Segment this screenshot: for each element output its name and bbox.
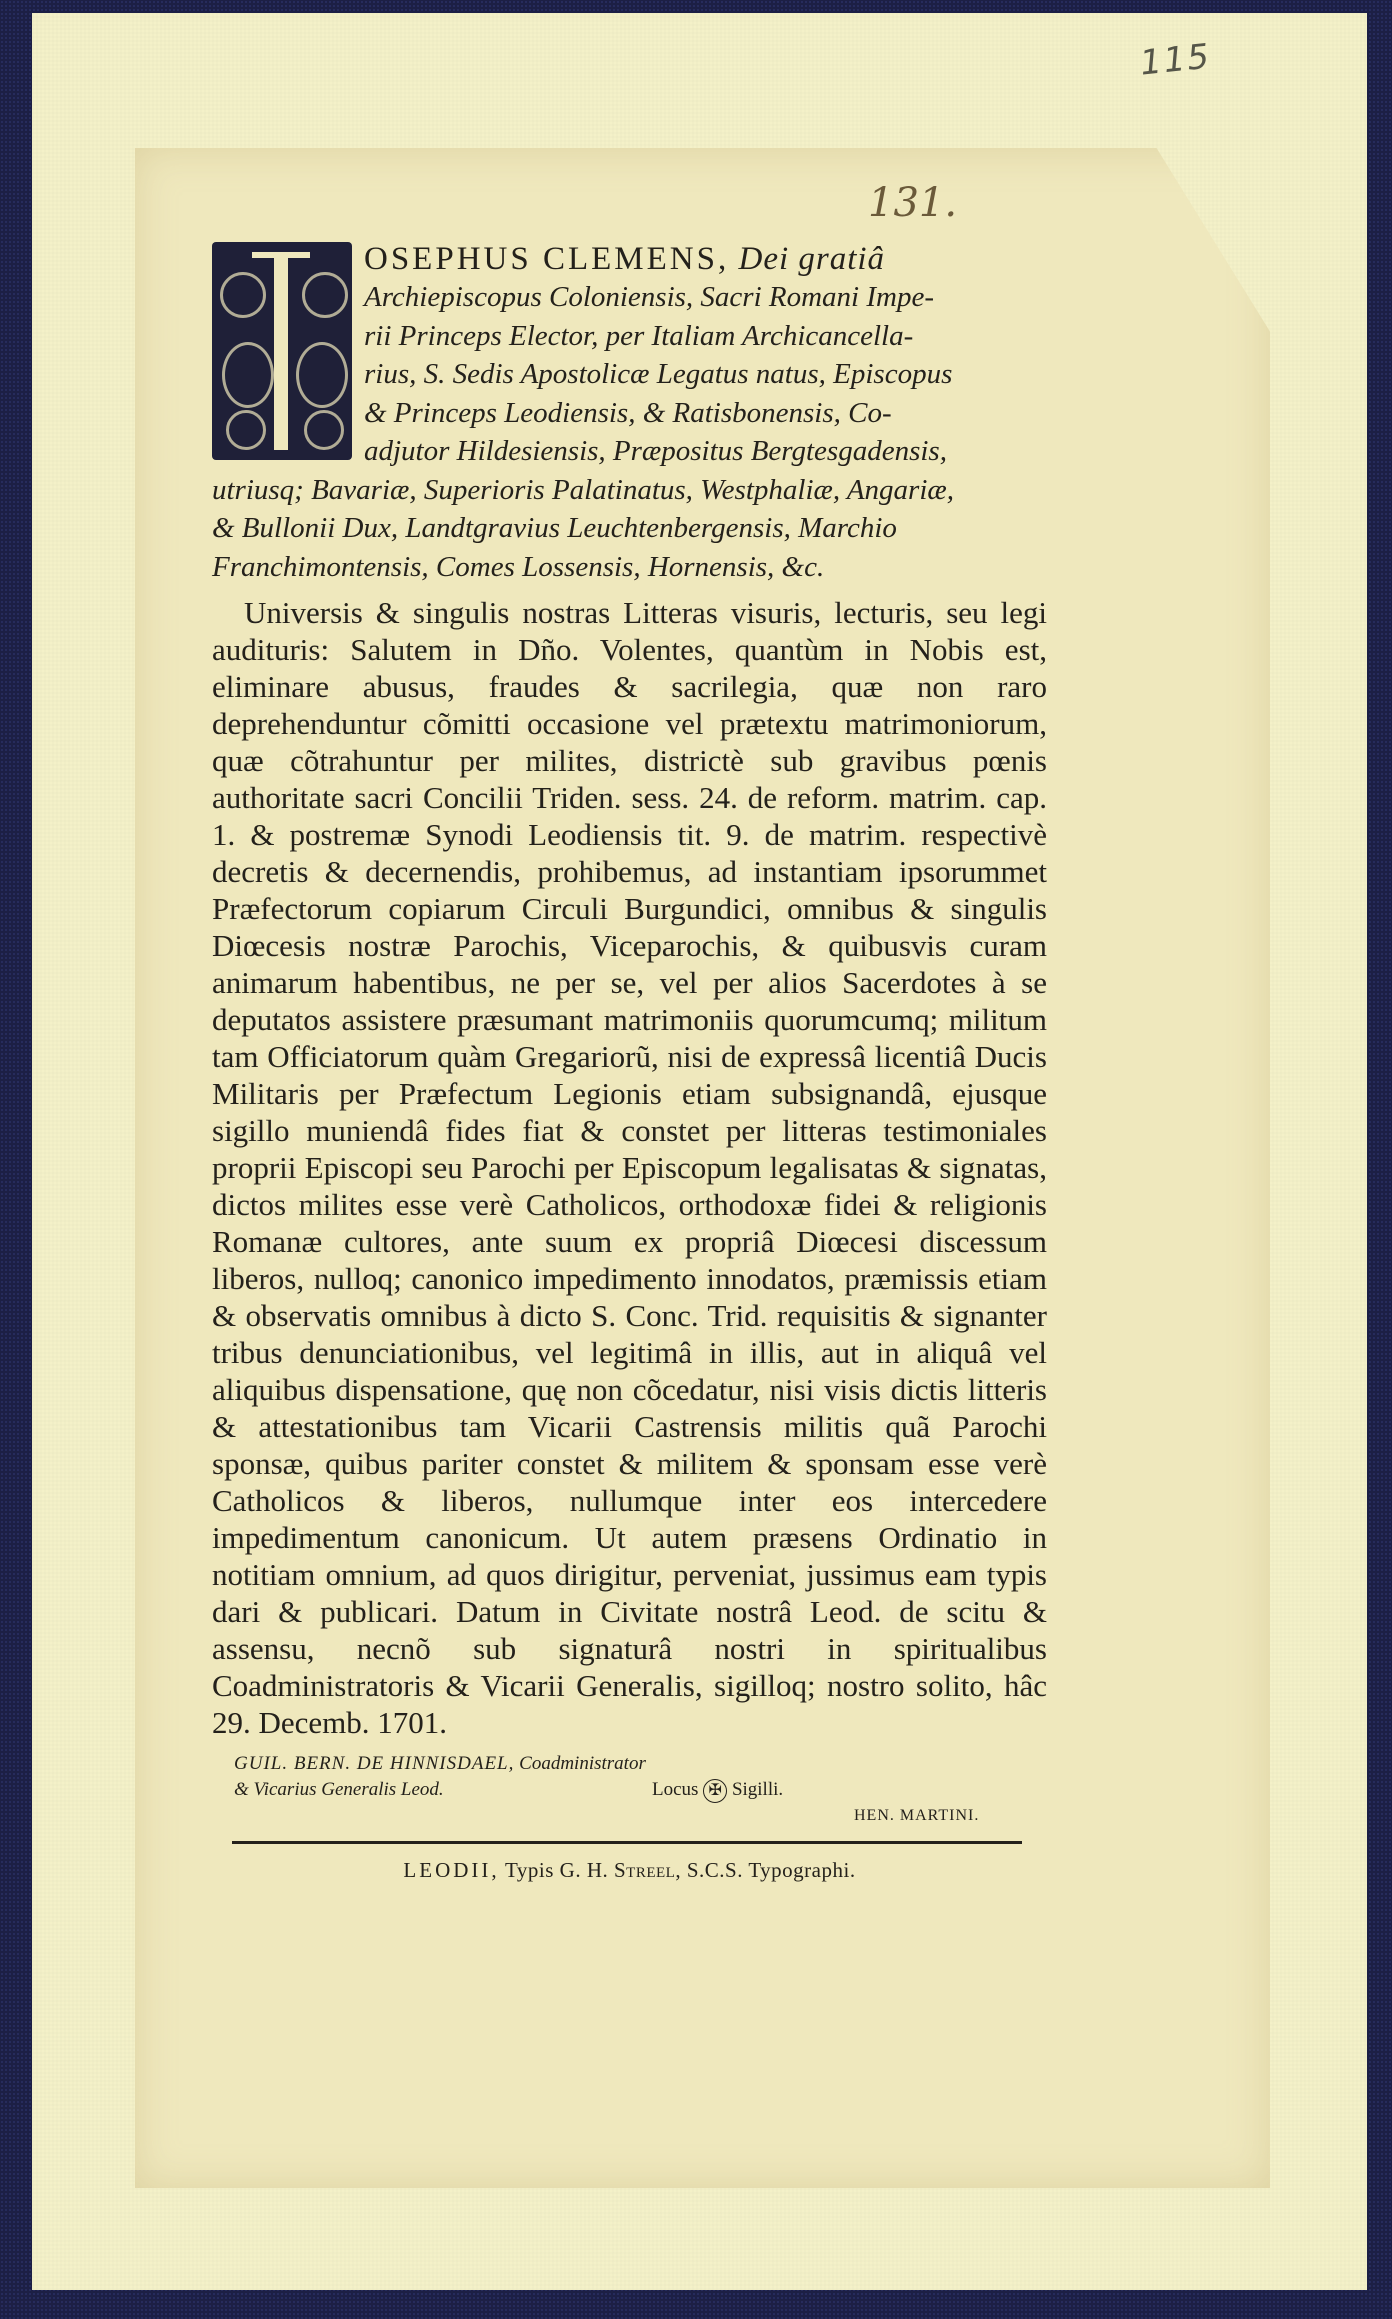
signatory-title: Coadministrator <box>519 1753 646 1774</box>
secretary-signature: HEN. MARTINI. <box>854 1803 979 1829</box>
colophon-printer-prefix: Typis G. H. <box>505 1858 608 1882</box>
header-line: utriusq; Bavariæ, Superioris Palatinatus… <box>212 471 1047 510</box>
ornamental-initial-icon <box>212 242 352 460</box>
cross-seal-icon: ✠ <box>703 1779 727 1803</box>
colophon: LEODII, Typis G. H. Streel, S.C.S. Typog… <box>212 1858 1047 1883</box>
document-text: OSEPHUS CLEMENS, Dei gratiâ Archiepiscop… <box>212 240 1047 1883</box>
vicar-line: & Vicarius Generalis Leod. <box>234 1777 646 1803</box>
header-line: & Bullonii Dux, Landtgravius Leuchtenber… <box>212 509 1047 548</box>
title-name: OSEPHUS CLEMENS, <box>364 241 729 277</box>
coadministrator-signature: GUIL. BERN. DE HINNISDAEL, Coadministrat… <box>234 1751 646 1803</box>
signatory-name: GUIL. BERN. DE HINNISDAEL, <box>234 1753 514 1774</box>
signature-block: GUIL. BERN. DE HINNISDAEL, Coadministrat… <box>212 1751 1047 1831</box>
colophon-printer-name: Streel, <box>614 1858 681 1882</box>
archive-number: 115 <box>1138 36 1213 83</box>
divider-rule <box>232 1841 1022 1844</box>
title-grace: Dei gratiâ <box>738 241 885 277</box>
colophon-printer-suffix: S.C.S. Typographi. <box>687 1858 856 1882</box>
folio-number: 131. <box>868 180 957 226</box>
ordinance-body: Universis & singulis nostras Litteras vi… <box>212 594 1047 1741</box>
seal-placeholder: Locus ✠ Sigilli. <box>652 1777 783 1803</box>
colophon-place: LEODII, <box>403 1858 499 1882</box>
header-line: Franchimontensis, Comes Lossensis, Horne… <box>212 548 1047 587</box>
